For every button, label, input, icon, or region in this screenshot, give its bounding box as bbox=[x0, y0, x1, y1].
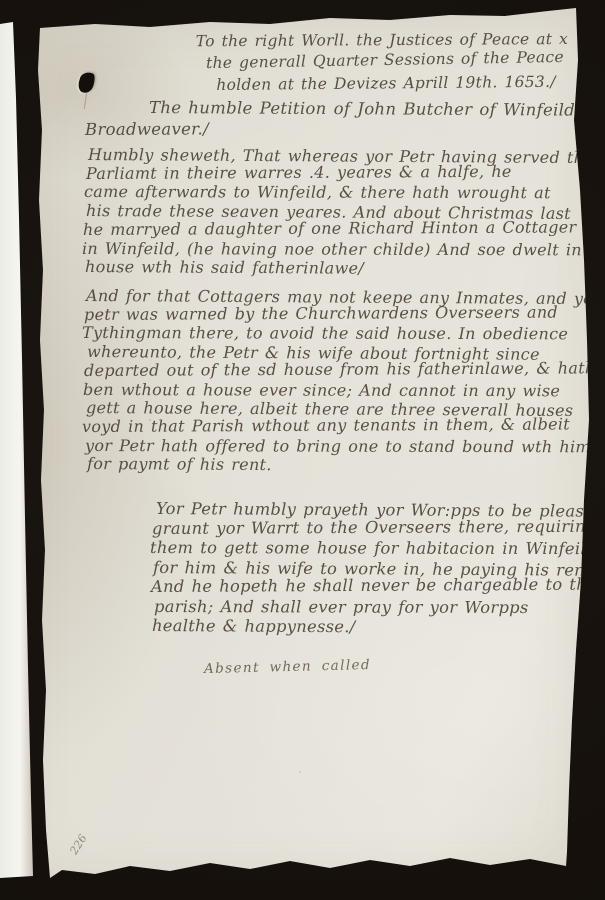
adjacent-page-edge bbox=[0, 18, 36, 880]
prayer-line: parish; And shall ever pray for yor Worp… bbox=[154, 597, 605, 618]
prayer-line: graunt yor Warrt to the Overseers there,… bbox=[152, 516, 605, 538]
heading-line: holden at the Devizes Aprill 19th. 1653.… bbox=[216, 71, 568, 96]
clerk-annotation: Absent when called bbox=[204, 657, 371, 677]
body-line: he marryed a daughter of one Richard Hin… bbox=[83, 218, 594, 239]
petition-title: The humble Petition of John Butcher of W… bbox=[85, 97, 575, 141]
folio-number: 226 bbox=[67, 832, 89, 857]
manuscript-page: To the right Worll. the Justices of Peac… bbox=[0, 0, 605, 900]
body-line: house wth his said fatherinlawe/ bbox=[85, 258, 594, 280]
body-line: petr was warned by the Churchwardens Ove… bbox=[84, 303, 601, 324]
manuscript-photo: To the right Worll. the Justices of Peac… bbox=[0, 0, 605, 900]
body-line: came afterwards to Winfeild, & there hat… bbox=[84, 183, 594, 203]
prayer-line: healthe & happynesse./ bbox=[152, 616, 605, 638]
body-line: for paymt of his rent. bbox=[87, 455, 601, 477]
body-line: departed out of the sd house from his fa… bbox=[84, 359, 601, 380]
body-line: Parliamt in theire warres .4. yeares & a… bbox=[86, 162, 594, 183]
petition-heading: To the right Worll. the Justices of Peac… bbox=[196, 26, 569, 97]
petition-body-paragraph-1: Humbly sheweth, That whereas yor Petr ha… bbox=[86, 146, 594, 277]
prayer-line: And he hopeth he shall never be chargeab… bbox=[151, 574, 605, 596]
photo-background: { "photo": { "backdrop_color": "#17120e"… bbox=[0, 0, 605, 900]
petition-title-line: Broadweaver./ bbox=[85, 116, 575, 141]
petition-prayer-paragraph: Yor Petr humbly prayeth yor Wor:pps to b… bbox=[150, 499, 605, 636]
prayer-line: them to gett some house for habitacion i… bbox=[150, 538, 605, 559]
petition-body-paragraph-2: And for that Cottagers may not keepe any… bbox=[84, 287, 601, 474]
body-line: voyd in that Parish wthout any tenants i… bbox=[82, 415, 601, 436]
